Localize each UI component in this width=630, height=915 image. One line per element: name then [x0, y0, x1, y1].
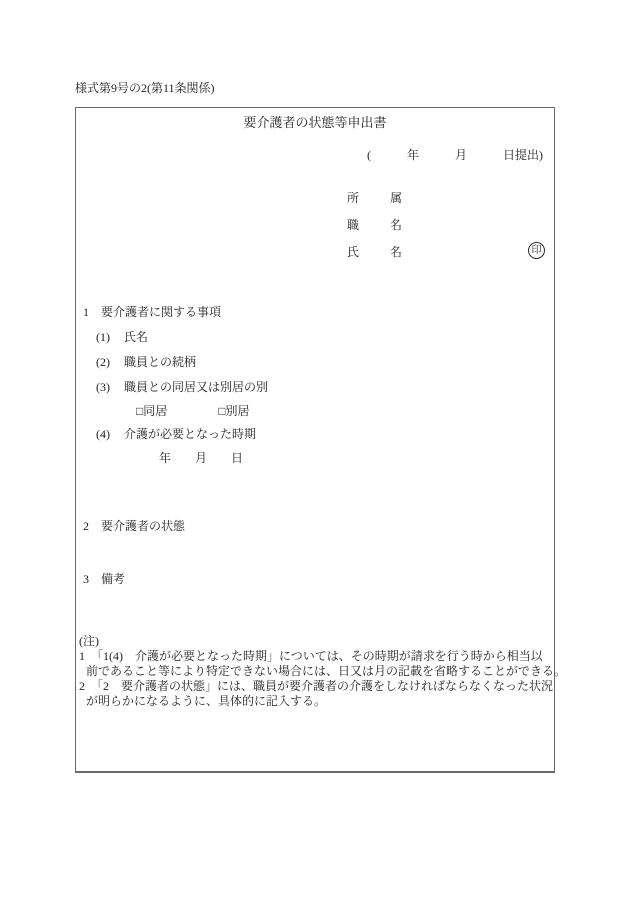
submitter-block: 所属 職名 氏名 — [347, 185, 433, 266]
item-4-number: (4) — [96, 427, 124, 441]
checkbox-living-separately[interactable]: □別居 — [218, 404, 249, 418]
section-2-number: 2 — [83, 519, 101, 533]
item-2-label: 職員との続柄 — [124, 355, 196, 369]
care-start-date-placeholder: 年 月 日 — [159, 451, 243, 465]
section-3-heading: 3備考 — [83, 572, 125, 586]
section-2-heading: 2要介護者の状態 — [83, 519, 185, 533]
name-row: 氏名 — [347, 239, 433, 266]
note-2-line-2: が明らかになるように、具体的に記入する。 — [79, 694, 553, 709]
note-1-line-1: 1 「1(4) 介護が必要となった時期」については、その時期が請求を行う時から相… — [79, 649, 553, 664]
notes-block: (注) 1 「1(4) 介護が必要となった時期」については、その時期が請求を行う… — [79, 634, 553, 709]
section1-item-name: (1)氏名 — [96, 330, 148, 344]
section1-item-living-arrangement: (3)職員との同居又は別居の別 — [96, 380, 268, 394]
living-arrangement-options: □同居 □別居 — [136, 404, 250, 418]
section1-item-relationship: (2)職員との続柄 — [96, 355, 196, 369]
note-2-line-1: 2 「2 要介護者の状態」には、職員が要介護者の介護をしなければならなくなった状… — [79, 679, 553, 694]
seal-icon: 印 — [528, 242, 545, 259]
form-code-label: 様式第9号の2(第11条関係) — [75, 81, 215, 95]
position-row: 職名 — [347, 212, 433, 239]
item-1-number: (1) — [96, 330, 124, 344]
submission-date-line: ( 年 月 日提出) — [367, 148, 543, 162]
notes-header: (注) — [79, 634, 553, 649]
position-label: 職名 — [347, 218, 433, 232]
item-1-label: 氏名 — [124, 330, 148, 344]
item-3-number: (3) — [96, 380, 124, 394]
section-1-title: 要介護者に関する事項 — [101, 305, 221, 319]
note-1-line-2: 前であること等により特定できない場合には、日又は月の記載を省略することができる。 — [79, 664, 553, 679]
section-1-number: 1 — [83, 305, 101, 319]
item-4-label: 介護が必要となった時期 — [124, 427, 256, 441]
affiliation-label: 所属 — [347, 191, 433, 205]
form-title: 要介護者の状態等申出書 — [76, 115, 554, 130]
item-2-number: (2) — [96, 355, 124, 369]
section-1-heading: 1要介護者に関する事項 — [83, 305, 221, 319]
section-3-number: 3 — [83, 572, 101, 586]
section1-item-care-period: (4)介護が必要となった時期 — [96, 427, 256, 441]
section-3-title: 備考 — [101, 572, 125, 586]
document-page: { "form_code": "様式第9号の2(第11条関係)", "title… — [0, 0, 630, 915]
name-label: 氏名 — [347, 245, 433, 259]
item-3-label: 職員との同居又は別居の別 — [124, 380, 268, 394]
checkbox-cohabiting[interactable]: □同居 — [136, 404, 167, 418]
affiliation-row: 所属 — [347, 185, 433, 212]
form-border-box: 要介護者の状態等申出書 ( 年 月 日提出) 所属 職名 氏名 印 1要介護者に… — [75, 107, 555, 773]
section-2-title: 要介護者の状態 — [101, 519, 185, 533]
